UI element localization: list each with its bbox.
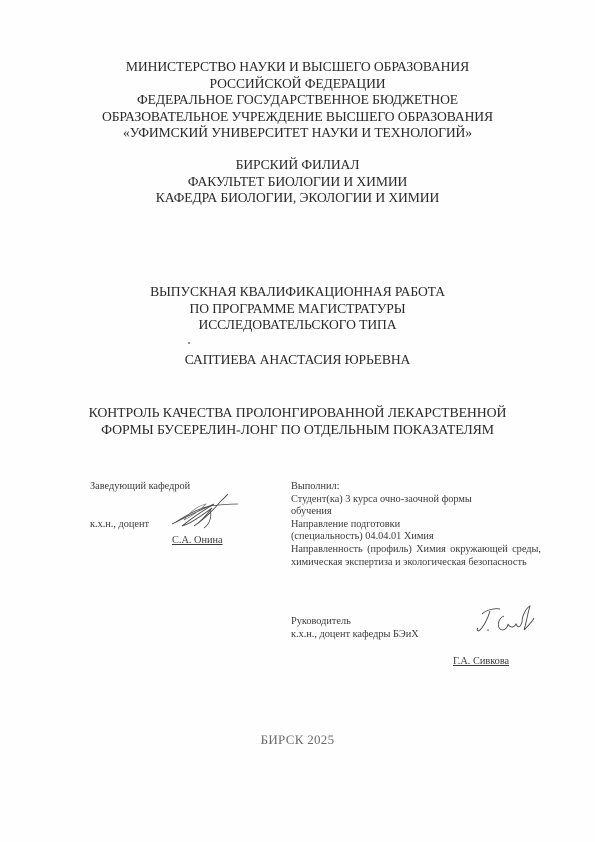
work-type-line: ПО ПРОГРАММЕ МАГИСТРАТУРЫ xyxy=(0,301,595,318)
work-type: ВЫПУСКНАЯ КВАЛИФИКАЦИОННАЯ РАБОТА ПО ПРО… xyxy=(0,284,595,334)
header-line: МИНИСТЕРСТВО НАУКИ И ВЫСШЕГО ОБРАЗОВАНИЯ xyxy=(0,59,595,76)
ministry-header: МИНИСТЕРСТВО НАУКИ И ВЫСШЕГО ОБРАЗОВАНИЯ… xyxy=(0,59,595,142)
branch-line: БИРСКИЙ ФИЛИАЛ xyxy=(0,157,595,174)
supervisor-block: Руководитель к.х.н., доцент кафедры БЭиХ xyxy=(291,616,419,641)
author-name-text: САПТИЕВА АНАСТАСИЯ ЮРЬЕВНА xyxy=(0,352,595,369)
profile-text: Направленность (профиль) Химия окружающе… xyxy=(291,544,541,569)
performed-by-label: Выполнил: xyxy=(291,481,541,494)
header-line: «УФИМСКИЙ УНИВЕРСИТЕТ НАУКИ И ТЕХНОЛОГИЙ… xyxy=(0,125,595,142)
topic-line: КОНТРОЛЬ КАЧЕСТВА ПРОЛОНГИРОВАННОЙ ЛЕКАР… xyxy=(0,405,595,422)
student-course: Студент(ка) 3 курса очно-заочной формы xyxy=(291,494,541,507)
faculty-line: ФАКУЛЬТЕТ БИОЛОГИИ И ХИМИИ xyxy=(0,174,595,191)
supervisor-name: Г.А. Сивкова xyxy=(453,656,509,669)
title-page: МИНИСТЕРСТВО НАУКИ И ВЫСШЕГО ОБРАЗОВАНИЯ… xyxy=(0,0,595,842)
department-line: КАФЕДРА БИОЛОГИИ, ЭКОЛОГИИ И ХИМИИ xyxy=(0,190,595,207)
author-name: САПТИЕВА АНАСТАСИЯ ЮРЬЕВНА xyxy=(0,352,595,369)
signature-icon xyxy=(476,604,536,636)
signature-icon xyxy=(170,492,240,532)
thesis-topic: КОНТРОЛЬ КАЧЕСТВА ПРОЛОНГИРОВАННОЙ ЛЕКАР… xyxy=(0,405,595,438)
header-line: ОБРАЗОВАТЕЛЬНОЕ УЧРЕЖДЕНИЕ ВЫСШЕГО ОБРАЗ… xyxy=(0,109,595,126)
city-year: БИРСК 2025 xyxy=(0,732,595,748)
direction-label: Направление подготовки xyxy=(291,519,541,532)
header-line: РОССИЙСКОЙ ФЕДЕРАЦИИ xyxy=(0,76,595,93)
header-line: ФЕДЕРАЛЬНОЕ ГОСУДАРСТВЕННОЕ БЮДЖЕТНОЕ xyxy=(0,92,595,109)
direction-code: (специальность) 04.04.01 Химия xyxy=(291,531,541,544)
scan-speck xyxy=(188,342,190,344)
work-type-line: ИССЛЕДОВАТЕЛЬСКОГО ТИПА xyxy=(0,317,595,334)
topic-line: ФОРМЫ БУСЕРЕЛИН-ЛОНГ ПО ОТДЕЛЬНЫМ ПОКАЗА… xyxy=(0,422,595,439)
study-form: обучения xyxy=(291,506,541,519)
performed-by-block: Выполнил: Студент(ка) 3 курса очно-заочн… xyxy=(291,481,541,569)
head-of-department-degree: к.х.н., доцент xyxy=(90,519,149,532)
supervisor-label: Руководитель xyxy=(291,616,419,629)
head-of-department-name: С.А. Онина xyxy=(172,535,223,548)
branch-block: БИРСКИЙ ФИЛИАЛ ФАКУЛЬТЕТ БИОЛОГИИ И ХИМИ… xyxy=(0,157,595,207)
supervisor-degree: к.х.н., доцент кафедры БЭиХ xyxy=(291,629,419,642)
work-type-line: ВЫПУСКНАЯ КВАЛИФИКАЦИОННАЯ РАБОТА xyxy=(0,284,595,301)
